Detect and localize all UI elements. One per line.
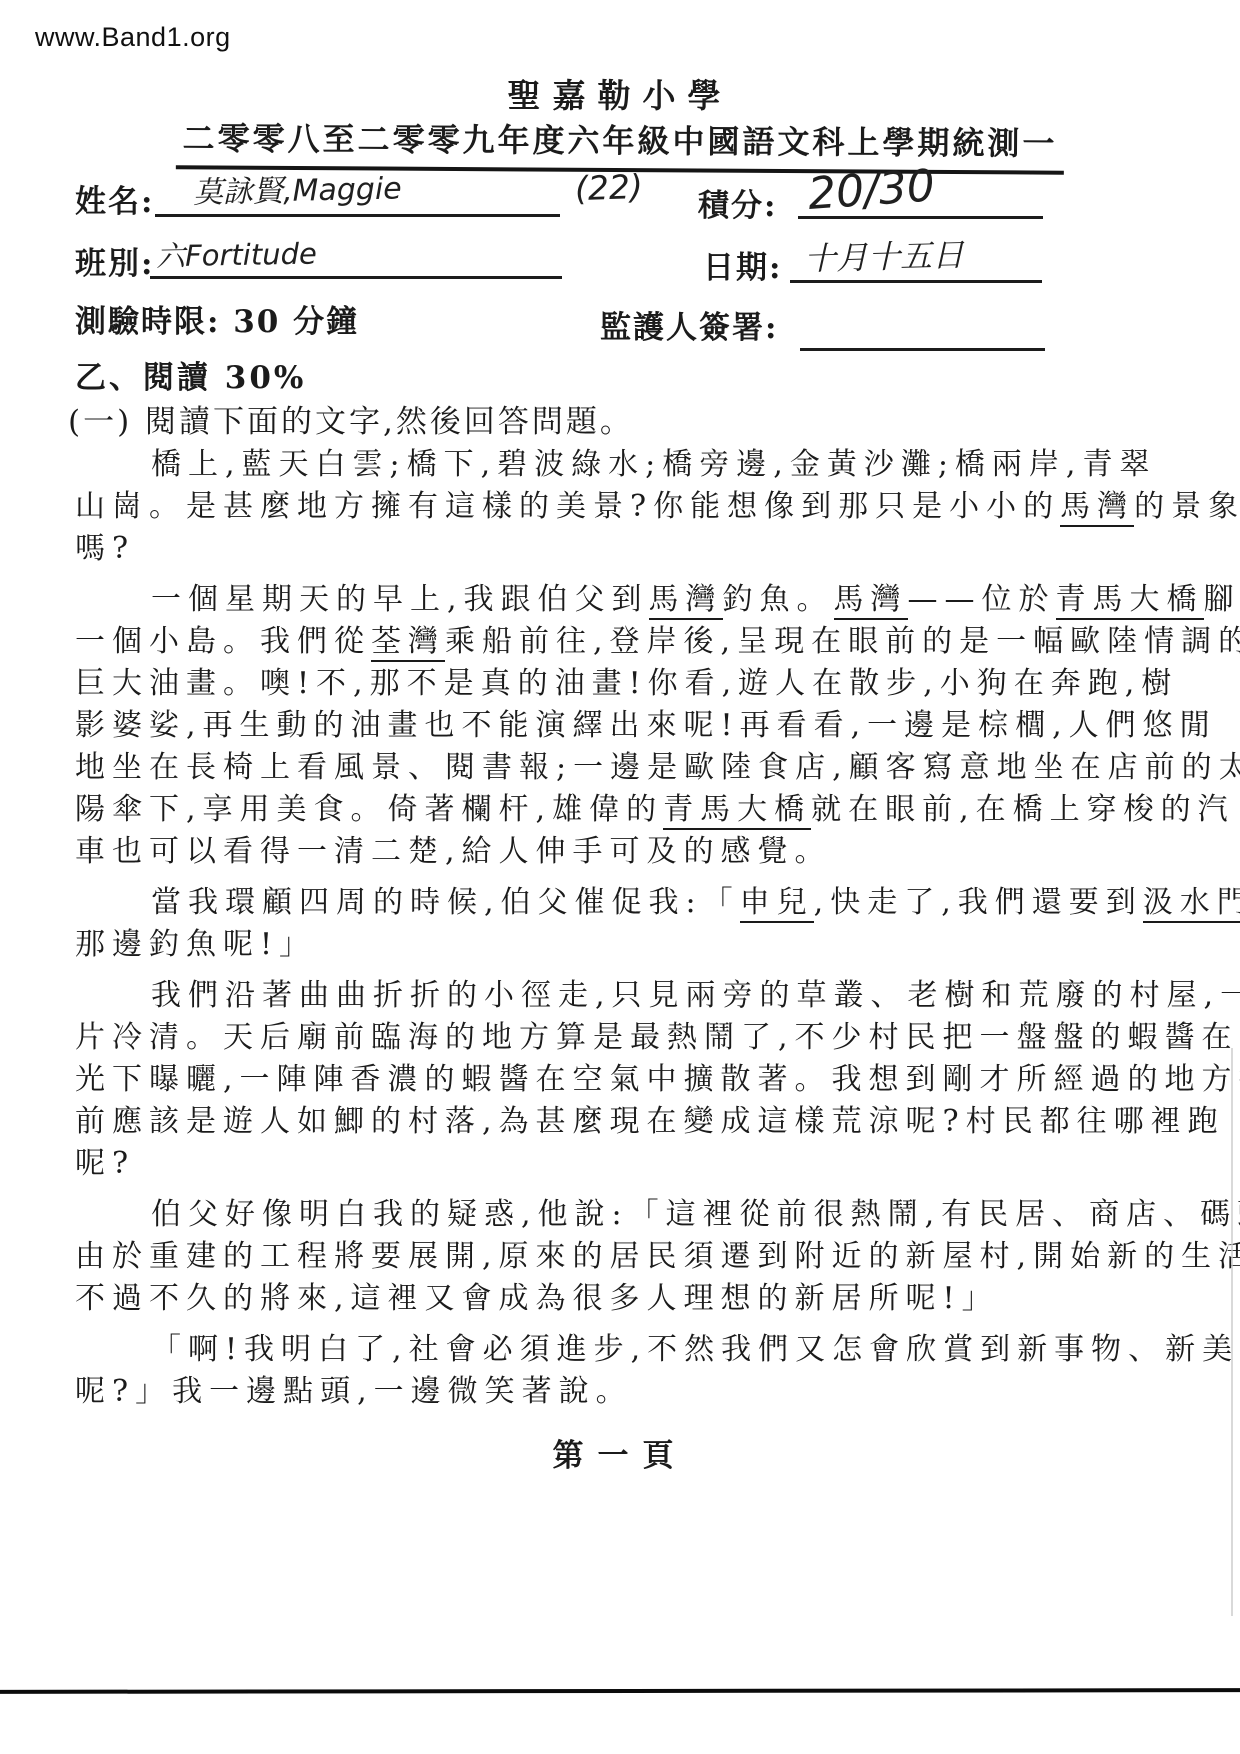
passage-line: 片冷清。天后廟前臨海的地方算是最熱鬧了,不少村民把一盤盤的蝦醬在陽 xyxy=(75,1017,1180,1059)
passage-line: 我們沿著曲曲折折的小徑走,只見兩旁的草叢、老樹和荒廢的村屋,一 xyxy=(75,975,1180,1017)
passage-line: 地坐在長椅上看風景、閱書報;一邊是歐陸食店,顧客寫意地坐在店前的太 xyxy=(75,747,1180,789)
passage-line: 由於重建的工程將要展開,原來的居民須遷到附近的新屋村,開始新的生活。 xyxy=(75,1236,1180,1278)
passage-line: 一個星期天的早上,我跟伯父到馬灣釣魚。馬灣——位於青馬大橋腳下的 xyxy=(75,579,1180,621)
passage-line: 「啊!我明白了,社會必須進步,不然我們又怎會欣賞到新事物、新美景 xyxy=(75,1329,1180,1371)
score-field: 20/30 xyxy=(798,150,1043,219)
passage-text: 山崗。是甚麼地方擁有這樣的美景?你能想像到那只是小小的 xyxy=(75,489,1060,524)
passage-text: ——位於 xyxy=(908,582,1056,617)
passage-text: 巨大油畫。噢!不,那不是真的油畫!你看,遊人在散步,小狗在奔跑,樹 xyxy=(75,666,1178,701)
passage-text: 橋上,藍天白雲;橋下,碧波綠水;橋旁邊,金黃沙灘;橋兩岸,青翠 xyxy=(151,447,1156,482)
score-value-handwritten: 20/30 xyxy=(796,160,936,220)
passage-text: 的景象 xyxy=(1134,489,1240,524)
passage-text: 嗎? xyxy=(75,531,135,566)
passage-text: 由於重建的工程將要展開,原來的居民須遷到附近的新屋村,開始新的生活。 xyxy=(75,1239,1240,1274)
underlined-term: 青馬大橋 xyxy=(663,792,811,830)
passage-paragraph: 橋上,藍天白雲;橋下,碧波綠水;橋旁邊,金黃沙灘;橋兩岸,青翠山崗。是甚麼地方擁… xyxy=(75,444,1180,570)
passage-text: 當我環顧四周的時候,伯父催促我:「 xyxy=(151,885,740,920)
underlined-term: 馬灣 xyxy=(1060,489,1134,527)
passage-text: 前應該是遊人如鯽的村落,為甚麼現在變成這樣荒涼呢?村民都往哪裡跑 xyxy=(75,1104,1225,1139)
name-label: 姓名: xyxy=(75,176,154,221)
reading-passage: 橋上,藍天白雲;橋下,碧波綠水;橋旁邊,金黃沙灘;橋兩岸,青翠山崗。是甚麼地方擁… xyxy=(75,444,1180,1422)
time-limit-text: 測驗時限: 30 分鐘 xyxy=(75,296,359,341)
passage-line: 那邊釣魚呢!」 xyxy=(75,924,1180,966)
passage-text: 就在眼前,在橋上穿梭的汽 xyxy=(811,792,1235,827)
guardian-signature-blank xyxy=(800,300,1045,351)
passage-text: 片冷清。天后廟前臨海的地方算是最熱鬧了,不少村民把一盤盤的蝦醬在陽 xyxy=(75,1020,1240,1055)
scan-artifact-bottom-line xyxy=(0,1688,1240,1694)
passage-line: 山崗。是甚麼地方擁有這樣的美景?你能想像到那只是小小的馬灣的景象 xyxy=(75,486,1180,528)
name-field: 莫詠賢,Maggie xyxy=(155,158,560,217)
class-field: 六Fortitude xyxy=(150,226,562,279)
score-label: 積分: xyxy=(698,180,777,225)
passage-line: 巨大油畫。噢!不,那不是真的油畫!你看,遊人在散步,小狗在奔跑,樹 xyxy=(75,663,1180,705)
underlined-term: 馬灣 xyxy=(834,582,908,620)
underlined-term: 汲水門 xyxy=(1143,885,1240,923)
passage-text: 那邊釣魚呢!」 xyxy=(75,927,316,962)
student-number-handwritten: (22) xyxy=(574,167,643,208)
passage-text: 不過不久的將來,這裡又會成為很多人理想的新居所呢!」 xyxy=(75,1281,999,1316)
underlined-term: 馬灣 xyxy=(649,582,723,620)
passage-text: 光下曝曬,一陣陣香濃的蝦醬在空氣中擴散著。我想到剛才所經過的地方從 xyxy=(75,1062,1240,1097)
passage-paragraph: 一個星期天的早上,我跟伯父到馬灣釣魚。馬灣——位於青馬大橋腳下的一個小島。我們從… xyxy=(75,579,1180,873)
passage-line: 不過不久的將來,這裡又會成為很多人理想的新居所呢!」 xyxy=(75,1278,1180,1320)
part-heading: 乙、閱讀 30% xyxy=(75,352,306,397)
passage-line: 當我環顧四周的時候,伯父催促我:「申兒,快走了,我們還要到汲水門 xyxy=(75,882,1180,924)
passage-text: 陽傘下,享用美食。倚著欄杆,雄偉的 xyxy=(75,792,663,827)
passage-text: 腳下的 xyxy=(1204,582,1240,617)
underlined-term: 申兒 xyxy=(740,885,814,923)
passage-text: 一個星期天的早上,我跟伯父到 xyxy=(151,582,649,617)
passage-text: 乘船前往,登岸後,呈現在眼前的是一幅歐陸情調的 xyxy=(445,624,1240,659)
passage-paragraph: 當我環顧四周的時候,伯父催促我:「申兒,快走了,我們還要到汲水門那邊釣魚呢!」 xyxy=(75,882,1180,966)
date-label: 日期: xyxy=(703,242,782,287)
passage-line: 影婆娑,再生動的油畫也不能演繹出來呢!再看看,一邊是棕櫚,人們悠閒 xyxy=(75,705,1180,747)
passage-text: 呢?」我一邊點頭,一邊微笑著說。 xyxy=(75,1374,633,1409)
passage-line: 呢?」我一邊點頭,一邊微笑著說。 xyxy=(75,1371,1180,1413)
underlined-term: 荃灣 xyxy=(371,624,445,662)
underlined-term: 青馬大橋 xyxy=(1056,582,1204,620)
page-number: 第一頁 xyxy=(0,1430,1240,1475)
passage-line: 伯父好像明白我的疑惑,他說:「這裡從前很熱鬧,有民居、商店、碼頭, xyxy=(75,1194,1180,1236)
passage-text: 影婆娑,再生動的油畫也不能演繹出來呢!再看看,一邊是棕櫚,人們悠閒 xyxy=(75,708,1217,743)
passage-text: 車也可以看得一清二楚,給人伸手可及的感覺。 xyxy=(75,834,832,869)
passage-line: 陽傘下,享用美食。倚著欄杆,雄偉的青馬大橋就在眼前,在橋上穿梭的汽 xyxy=(75,789,1180,831)
passage-text: 伯父好像明白我的疑惑,他說:「這裡從前很熱鬧,有民居、商店、碼頭, xyxy=(151,1197,1240,1232)
passage-text: 我們沿著曲曲折折的小徑走,只見兩旁的草叢、老樹和荒廢的村屋,一 xyxy=(151,978,1240,1013)
passage-text: ,快走了,我們還要到 xyxy=(814,885,1143,920)
passage-paragraph: 伯父好像明白我的疑惑,他說:「這裡從前很熱鬧,有民居、商店、碼頭,由於重建的工程… xyxy=(75,1194,1180,1320)
passage-text: 釣魚。 xyxy=(723,582,834,617)
passage-text: 「啊!我明白了,社會必須進步,不然我們又怎會欣賞到新事物、新美景 xyxy=(151,1332,1240,1367)
passage-paragraph: 我們沿著曲曲折折的小徑走,只見兩旁的草叢、老樹和荒廢的村屋,一片冷清。天后廟前臨… xyxy=(75,975,1180,1185)
passage-line: 一個小島。我們從荃灣乘船前往,登岸後,呈現在眼前的是一幅歐陸情調的 xyxy=(75,621,1180,663)
scanned-exam-page: www.Band1.org 聖嘉勒小學 二零零八至二零零九年度六年級中國語文科上… xyxy=(0,0,1240,1754)
passage-text: 地坐在長椅上看風景、閱書報;一邊是歐陸食店,顧客寫意地坐在店前的太 xyxy=(75,750,1240,785)
passage-paragraph: 「啊!我明白了,社會必須進步,不然我們又怎會欣賞到新事物、新美景呢?」我一邊點頭… xyxy=(75,1329,1180,1413)
watermark-url: www.Band1.org xyxy=(35,22,231,53)
date-field: 十月十五日 xyxy=(790,230,1042,283)
class-value-handwritten: 六Fortitude xyxy=(150,232,318,278)
date-value-handwritten: 十月十五日 xyxy=(789,230,964,283)
scan-artifact-right-line xyxy=(1231,1048,1233,1616)
passage-line: 車也可以看得一清二楚,給人伸手可及的感覺。 xyxy=(75,831,1180,873)
passage-line: 前應該是遊人如鯽的村落,為甚麼現在變成這樣荒涼呢?村民都往哪裡跑 xyxy=(75,1101,1180,1143)
name-value-handwritten: 莫詠賢,Maggie xyxy=(155,163,403,216)
guardian-label: 監護人簽署: xyxy=(600,302,778,347)
school-name: 聖嘉勒小學 xyxy=(0,70,1240,117)
question-instruction: (一) 閱讀下面的文字,然後回答問題。 xyxy=(68,396,634,441)
passage-line: 呢? xyxy=(75,1143,1180,1185)
passage-line: 嗎? xyxy=(75,528,1180,570)
passage-line: 光下曝曬,一陣陣香濃的蝦醬在空氣中擴散著。我想到剛才所經過的地方從 xyxy=(75,1059,1180,1101)
passage-text: 呢? xyxy=(75,1146,135,1181)
passage-text: 一個小島。我們從 xyxy=(75,624,371,659)
passage-line: 橋上,藍天白雲;橋下,碧波綠水;橋旁邊,金黃沙灘;橋兩岸,青翠 xyxy=(75,444,1180,486)
class-label: 班別: xyxy=(75,238,154,283)
